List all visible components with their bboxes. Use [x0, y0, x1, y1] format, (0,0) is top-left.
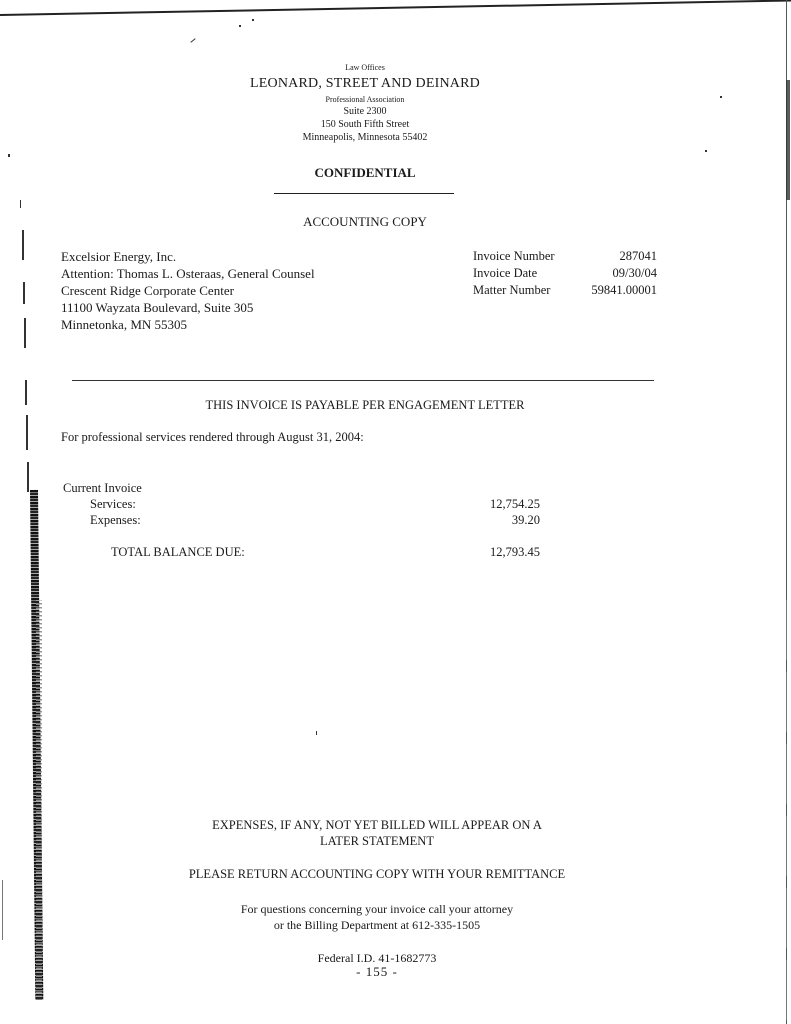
- client-address: Excelsior Energy, Inc. Attention: Thomas…: [61, 248, 315, 333]
- invoice-page: Law Offices LEONARD, STREET AND DEINARD …: [0, 0, 791, 1024]
- invoice-date-row: Invoice Date 09/30/04: [473, 265, 657, 282]
- page-number: - 155 -: [12, 964, 742, 980]
- firm-city: Minneapolis, Minnesota 55402: [0, 132, 730, 143]
- return-notice: PLEASE RETURN ACCOUNTING COPY WITH YOUR …: [12, 867, 742, 882]
- scan-speck: [252, 19, 254, 21]
- expenses-notice: EXPENSES, IF ANY, NOT YET BILLED WILL AP…: [12, 818, 742, 833]
- invoice-number-value: 287041: [620, 248, 658, 265]
- client-address-line: Minnetonka, MN 55305: [61, 316, 315, 333]
- copy-label: ACCOUNTING COPY: [0, 214, 730, 230]
- invoice-date-value: 09/30/04: [613, 265, 657, 282]
- services-through: For professional services rendered throu…: [61, 430, 364, 445]
- scan-left-mark: [26, 415, 28, 450]
- firm-name: LEONARD, STREET AND DEINARD: [0, 76, 730, 92]
- matter-number-value: 59841.00001: [591, 282, 657, 299]
- scan-speck: [20, 200, 21, 208]
- expenses-notice-cont: LATER STATEMENT: [12, 834, 742, 849]
- client-address-line: 11100 Wayzata Boulevard, Suite 305: [61, 299, 315, 316]
- scan-left-mark: [23, 282, 25, 304]
- client-address-line: Crescent Ridge Corporate Center: [61, 282, 315, 299]
- questions-text: For questions concerning your invoice ca…: [12, 902, 742, 917]
- divider-short: [274, 193, 454, 194]
- firm-street: 150 South Fifth Street: [0, 119, 730, 130]
- invoice-date-label: Invoice Date: [473, 265, 537, 282]
- scan-right-dashes: [786, 600, 787, 1020]
- services-label: Services:: [90, 497, 136, 512]
- scan-right-smudge: [786, 80, 790, 200]
- confidential-heading: CONFIDENTIAL: [0, 165, 730, 181]
- scan-left-mark: [2, 880, 3, 940]
- scan-speck: [316, 731, 317, 735]
- matter-number-row: Matter Number 59841.00001: [473, 282, 657, 299]
- scan-speck: [705, 150, 707, 152]
- total-balance-amount: 12,793.45: [420, 545, 540, 560]
- expenses-amount: 39.20: [420, 513, 540, 528]
- current-invoice-heading: Current Invoice: [63, 481, 142, 496]
- payable-notice: THIS INVOICE IS PAYABLE PER ENGAGEMENT L…: [0, 398, 730, 413]
- scan-speck: [239, 25, 241, 27]
- invoice-meta: Invoice Number 287041 Invoice Date 09/30…: [473, 248, 657, 299]
- scan-left-smear: [36, 600, 42, 1000]
- divider-long: [72, 380, 654, 381]
- firm-suite: Suite 2300: [0, 106, 730, 117]
- client-address-line: Excelsior Energy, Inc.: [61, 248, 315, 265]
- client-address-line: Attention: Thomas L. Osteraas, General C…: [61, 265, 315, 282]
- invoice-number-row: Invoice Number 287041: [473, 248, 657, 265]
- firm-type: Professional Association: [0, 95, 730, 104]
- invoice-number-label: Invoice Number: [473, 248, 555, 265]
- scan-top-edge: [0, 0, 791, 16]
- scan-speck: [8, 154, 10, 157]
- scan-left-mark: [27, 462, 29, 492]
- scan-left-mark: [24, 318, 26, 348]
- billing-phone-text: or the Billing Department at 612-335-150…: [12, 918, 742, 933]
- letterhead-caption: Law Offices: [0, 63, 730, 72]
- matter-number-label: Matter Number: [473, 282, 550, 299]
- expenses-label: Expenses:: [90, 513, 141, 528]
- scan-left-mark: [22, 230, 24, 260]
- services-amount: 12,754.25: [420, 497, 540, 512]
- total-balance-label: TOTAL BALANCE DUE:: [111, 545, 245, 560]
- scan-speck: [190, 38, 195, 43]
